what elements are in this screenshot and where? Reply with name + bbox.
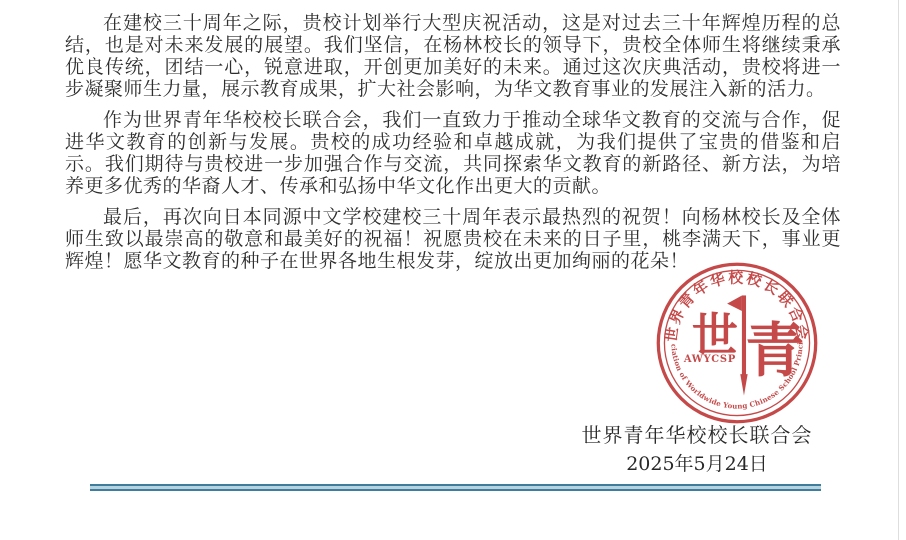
signature-date: 2025年5月24日 (557, 450, 837, 478)
seal-monogram-qing: 青 (745, 316, 804, 385)
page-right-edge (898, 0, 899, 540)
organization-seal-icon: 世界青年华校校长联合会 Association of Worldwide You… (655, 261, 819, 425)
letter-paragraph-2: 作为世界青年华校校长联合会，我们一直致力于推动全球华文教育的交流与合作，促进华文… (65, 109, 841, 197)
seal-acronym: AWYCSP (683, 354, 736, 365)
footer-divider-line (90, 484, 821, 491)
letter-body: 在建校三十周年之际，贵校计划举行大型庆祝活动，这是对过去三十年辉煌历程的总结，也… (65, 12, 841, 281)
signature-org-name: 世界青年华校校长联合会 (557, 420, 837, 450)
letter-page: 在建校三十周年之际，贵校计划举行大型庆祝活动，这是对过去三十年辉煌历程的总结，也… (0, 0, 906, 540)
signature-block: 世界青年华校校长联合会 2025年5月24日 (557, 420, 837, 478)
letter-paragraph-1: 在建校三十周年之际，贵校计划举行大型庆祝活动，这是对过去三十年辉煌历程的总结，也… (65, 12, 841, 100)
